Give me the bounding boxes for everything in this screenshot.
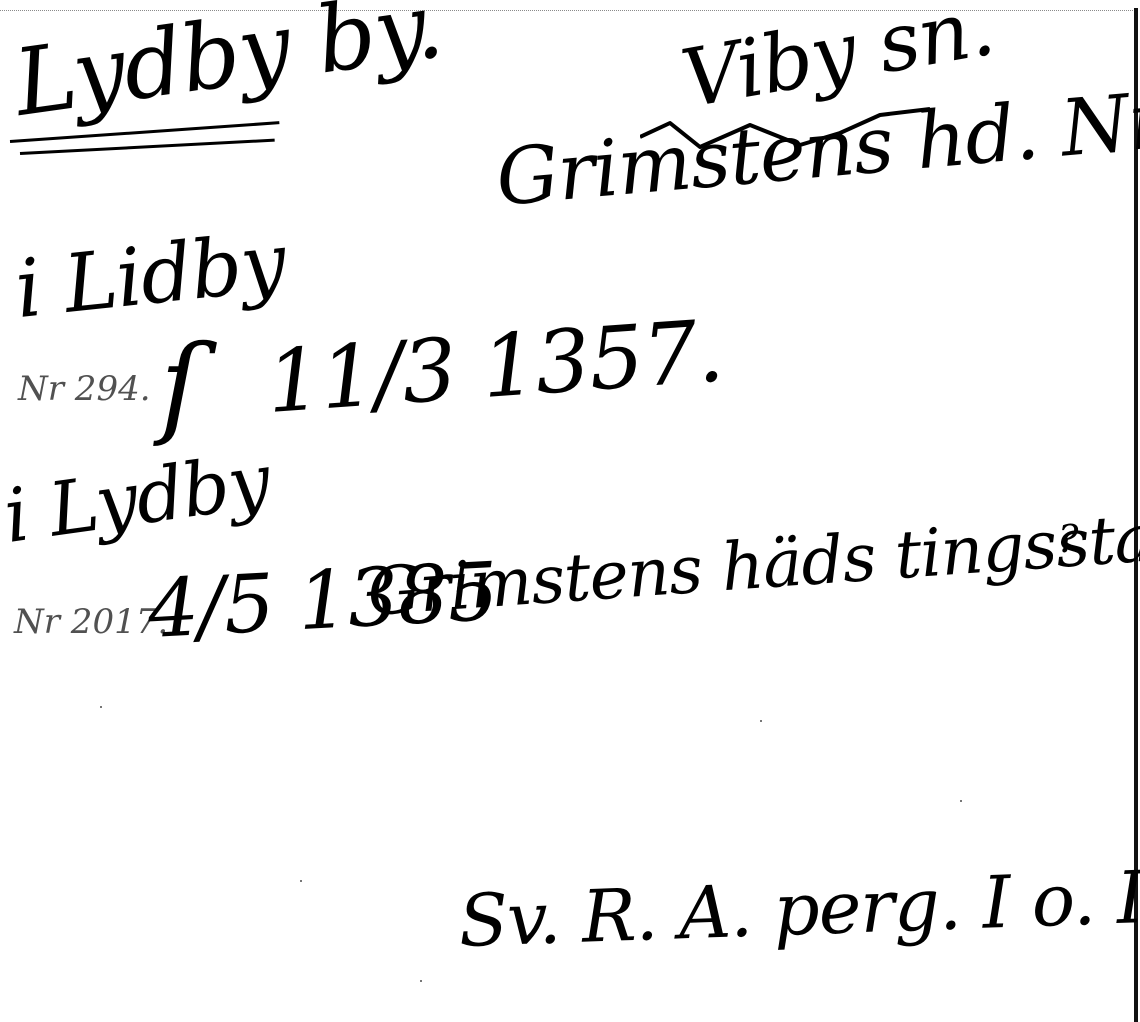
entry-2-ref-number: Nr 2017. [14, 605, 168, 639]
scan-speck [960, 800, 962, 802]
heading-underline-second [20, 139, 275, 155]
index-card: Lydby by. Viby sn. Grimstens hd. Nrk. i … [0, 0, 1140, 1022]
scan-speck [100, 706, 102, 708]
entry-1-village: i Lidby [12, 222, 289, 330]
source-reference: Sv. R. A. perg. I o. II. [457, 859, 1140, 957]
scan-speck [760, 720, 762, 722]
entry-2-query-mark: ? [1058, 520, 1077, 558]
scan-speck [300, 880, 302, 882]
entry-1-date: 11/3 1357. [264, 308, 726, 426]
heading-village: Lydby by. [9, 0, 447, 130]
entry-2-village: i Lydby [0, 444, 274, 554]
entry-1-ref-number: Nr 294. [18, 372, 151, 406]
entry-1-date-marker: ſ [160, 330, 200, 440]
scan-speck [420, 980, 422, 982]
entry-2-note: Grimstens häds tingsstalle. [365, 498, 1140, 626]
